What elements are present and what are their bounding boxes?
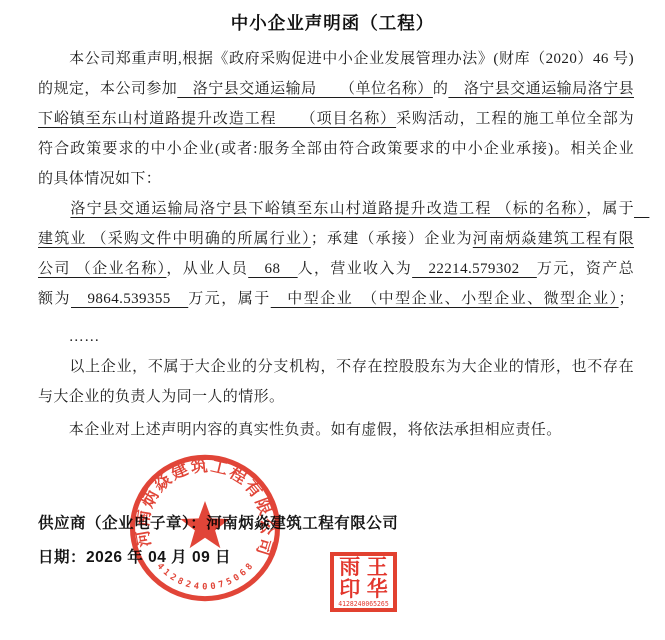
- text-line: 下峪镇至东山村道路提升改造工程 （项目名称）采购活动，工程的施工单位全部为: [38, 104, 634, 134]
- filled-blank: 洛宁县交通运输局 （单位名称）: [177, 81, 433, 97]
- square-stamp-serial: 4128240065265: [336, 600, 390, 608]
- filled-blank: 22214.579302: [412, 261, 537, 277]
- text-line: 的具体情况如下：: [38, 164, 634, 194]
- personal-square-stamp-icon: 雨王印华 4128240065265: [330, 552, 397, 612]
- text-segment: 本公司郑重声明,根据《政府采购促进中小企业发展管理办法》(财库（2020）46 …: [38, 51, 634, 67]
- text-segment: 本企业对上述声明内容的真实性负责。如有虚假，将依法承担相应责任。: [38, 422, 562, 438]
- stamp-character: 王: [367, 557, 388, 578]
- text-segment: 的: [433, 81, 448, 97]
- text-segment: 万元，属于: [188, 291, 270, 307]
- text-line: 建筑业 （采购文件中明确的所属行业）；承建（承接）企业为河南炳焱建筑工程有限: [38, 224, 634, 254]
- filled-blank: 河南炳焱建筑工程有限: [473, 231, 634, 247]
- text-line: 与大企业的负责人为同一人的情形。: [38, 382, 634, 412]
- filled-blank: [634, 201, 649, 217]
- text-segment: 人，营业收入为: [298, 261, 412, 277]
- text-segment: ；: [619, 291, 634, 307]
- text-line: 以上企业，不属于大企业的分支机构，不存在控股股东为大企业的情形，也不存在: [38, 352, 634, 382]
- filled-blank: 下峪镇至东山村道路提升改造工程 （项目名称）: [38, 111, 396, 127]
- text-segment: ……: [38, 329, 100, 345]
- text-segment: 以上企业，不属于大企业的分支机构，不存在控股股东为大企业的情形，也不存在: [38, 359, 634, 375]
- filled-blank: 公司 （企业名称）: [38, 261, 166, 277]
- stamp-character: 印: [339, 579, 360, 600]
- text-segment: 与大企业的负责人为同一人的情形。: [38, 389, 284, 405]
- star-icon: [180, 501, 229, 548]
- text-line: 的规定，本公司参加 洛宁县交通运输局 （单位名称）的 洛宁县交通运输局洛宁县: [38, 74, 634, 104]
- filled-blank: 68: [248, 261, 297, 277]
- text-line: 本企业对上述声明内容的真实性负责。如有虚假，将依法承担相应责任。: [38, 415, 634, 445]
- text-segment: ；承建（承接）企业为: [311, 231, 473, 247]
- text-segment: 的规定，本公司参加: [38, 81, 177, 97]
- text-segment: 额为: [38, 291, 71, 307]
- filled-blank: 建筑业 （采购文件中明确的所属行业）: [38, 231, 311, 247]
- stamp-character: 华: [367, 579, 388, 600]
- text-line: 符合政策要求的中小企业(或者:服务全部由符合政策要求的中小企业承接)。相关企业: [38, 134, 634, 164]
- text-segment: 万元，资产总: [537, 261, 634, 277]
- text-line: 额为 9864.539355 万元，属于 中型企业 （中型企业、小型企业、微型企…: [38, 284, 634, 314]
- stamp-character: 雨: [339, 557, 360, 578]
- text-line: 本公司郑重声明,根据《政府采购促进中小企业发展管理办法》(财库（2020）46 …: [38, 44, 634, 74]
- document-body: 本公司郑重声明,根据《政府采购促进中小企业发展管理办法》(财库（2020）46 …: [38, 44, 634, 445]
- text-segment: [38, 201, 70, 217]
- text-line: 洛宁县交通运输局洛宁县下峪镇至东山村道路提升改造工程 （标的名称），属于: [38, 194, 634, 224]
- text-segment: 采购活动，工程的施工单位全部为: [396, 111, 634, 127]
- text-segment: 的具体情况如下：: [38, 171, 161, 187]
- text-line: 公司 （企业名称），从业人员 68 人，营业收入为 22214.579302 万…: [38, 254, 634, 284]
- filled-blank: 9864.539355: [71, 291, 188, 307]
- company-round-stamp-icon: 河南炳焱建筑工程有限公司 4128240075068: [126, 449, 284, 607]
- text-segment: ，从业人员: [166, 261, 248, 277]
- filled-blank: 中型企业 （中型企业、小型企业、微型企业）: [271, 291, 619, 307]
- filled-blank: 洛宁县交通运输局洛宁县下峪镇至东山村道路提升改造工程 （标的名称）: [70, 201, 586, 217]
- filled-blank: 洛宁县交通运输局洛宁县: [448, 81, 634, 97]
- text-segment: 符合政策要求的中小企业(或者:服务全部由符合政策要求的中小企业承接)。相关企业: [38, 141, 634, 157]
- document-page: 中小企业声明函（工程） 本公司郑重声明,根据《政府采购促进中小企业发展管理办法》…: [0, 0, 665, 640]
- text-segment: ，属于: [586, 201, 634, 217]
- text-line: ……: [38, 322, 634, 352]
- square-stamp-grid: 雨王印华: [334, 556, 393, 600]
- document-title: 中小企业声明函（工程）: [0, 10, 665, 35]
